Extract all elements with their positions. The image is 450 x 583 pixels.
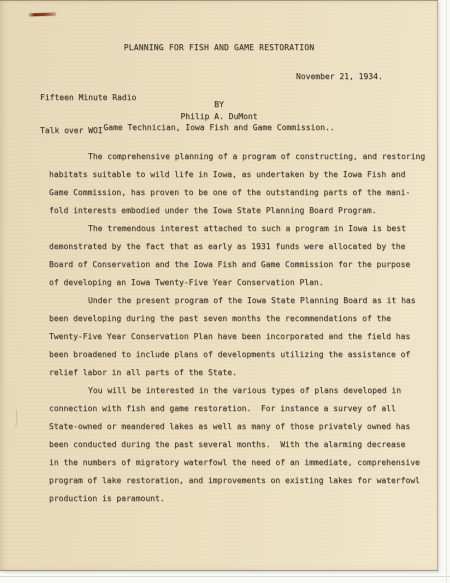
date-text: November 21, 1934. <box>296 71 383 82</box>
text-line: The comprehensive planning of a program … <box>49 148 427 166</box>
text-line: connection with fish and game restoratio… <box>49 400 427 418</box>
text-line: State-owned or meandered lakes as well a… <box>49 418 427 436</box>
page-title: PLANNING FOR FISH AND GAME RESTORATION <box>0 43 438 52</box>
text-line: You will be interested in the various ty… <box>49 382 427 400</box>
text-line: Game Commission, has proven to be one of… <box>49 184 427 202</box>
text-line: Board of Conservation and the Iowa Fish … <box>49 256 427 274</box>
text-line: in the numbers of migratory waterfowl th… <box>49 454 427 472</box>
text-line: program of lake restoration, and improve… <box>49 472 427 490</box>
text-line: been conducted during the past several m… <box>49 436 427 454</box>
text-line: fold interests embodied under the Iowa S… <box>49 202 427 220</box>
text-line: Under the present program of the Iowa St… <box>49 292 427 310</box>
typewritten-page: PLANNING FOR FISH AND GAME RESTORATION F… <box>0 0 438 571</box>
text-line: been developing during the past seven mo… <box>49 310 427 328</box>
author-title: Game Technician, Iowa Fish and Game Comm… <box>0 123 438 132</box>
rust-stain-mark <box>29 13 56 17</box>
text-line: Twenty-Five Year Conservation Plan have … <box>49 328 427 346</box>
text-line: relief labor in all parts of the State. <box>49 364 427 382</box>
text-line: of developing an Iowa Twenty-Five Year C… <box>49 274 427 292</box>
scan-edge-line-bottom <box>0 576 450 577</box>
text-line: demonstrated by the fact that as early a… <box>49 238 427 256</box>
byline-label: BY <box>0 100 438 109</box>
author-name: Philip A. DuMont <box>0 112 438 121</box>
text-line: production is paramount. <box>49 490 427 508</box>
document-body: The comprehensive planning of a program … <box>49 148 427 508</box>
scan-edge-line-right <box>446 0 447 583</box>
text-line: The tremendous interest attached to such… <box>49 220 427 238</box>
pencil-scribble-mark <box>10 408 22 434</box>
text-line: habitats suitable to wild life in Iowa, … <box>49 166 427 184</box>
scanned-page-canvas: PLANNING FOR FISH AND GAME RESTORATION F… <box>0 0 450 583</box>
text-line: been broadened to include plans of devel… <box>49 346 427 364</box>
